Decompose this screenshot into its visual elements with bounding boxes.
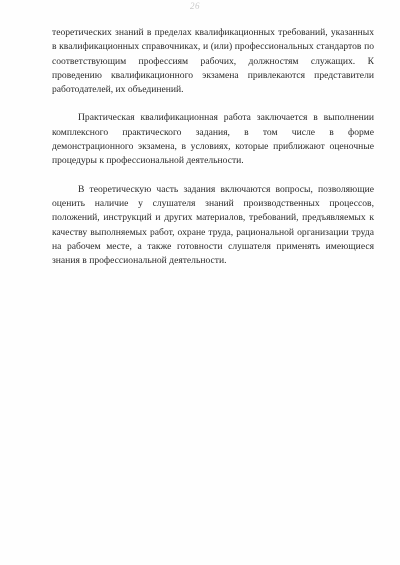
paragraph-continuation: теоретических знаний в пределах квалифик… [52, 26, 374, 97]
document-page: 26 теоретических знаний в пределах квали… [0, 0, 400, 565]
paragraph-practical-work: Практическая квалификационная работа зак… [52, 111, 374, 168]
page-number: 26 [190, 1, 200, 11]
paragraph-theoretical-part: В теоретическую часть задания включаются… [52, 183, 374, 269]
document-body: теоретических знаний в пределах квалифик… [52, 26, 374, 282]
